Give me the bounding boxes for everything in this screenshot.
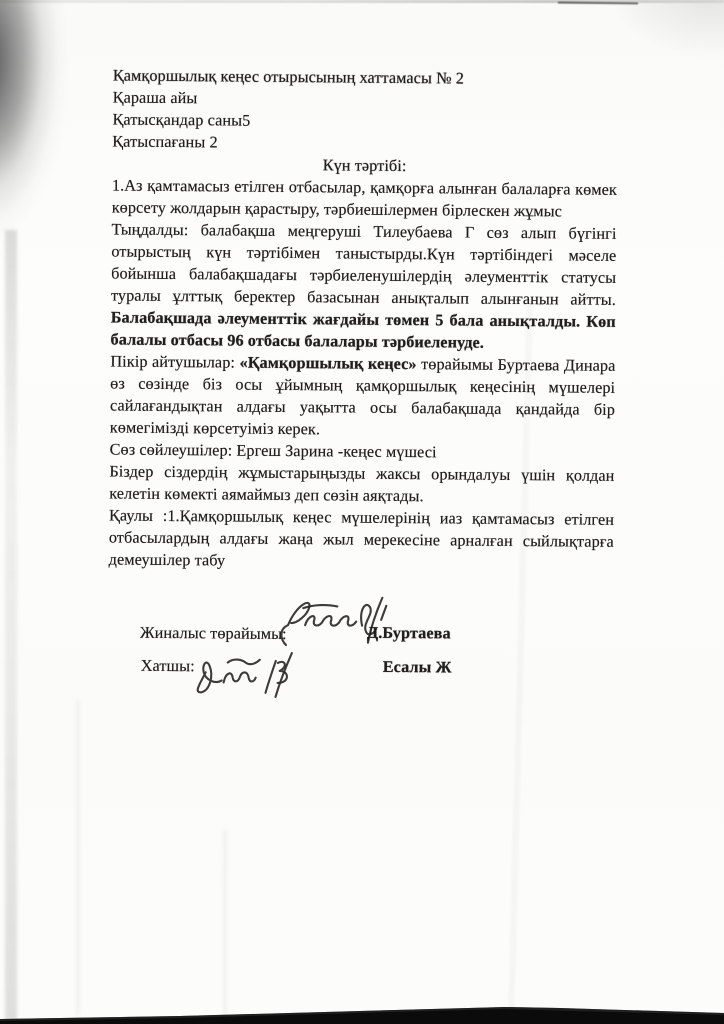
chairman-name: Д.Буртаева (367, 622, 451, 645)
secretary-name: Есалы Ж (383, 656, 452, 679)
agenda-item-paragraph: 1.Аз қамтамасыз етілген отбасылар, қамқо… (112, 174, 617, 222)
heard-text: Тыңдалды: балабақша меңгеруші Тилеубаева… (111, 220, 617, 308)
secretary-label: Хатшы: (141, 655, 195, 677)
scanned-document-page: Қамқоршылық кеңес отырысының хаттамасы №… (0, 0, 724, 1024)
heard-paragraph: Тыңдалды: балабақша меңгеруші Тилеубаева… (111, 218, 617, 354)
scanner-streak-left-edge (5, 230, 17, 1020)
secretary-signature (191, 650, 303, 699)
scan-edge-bottom (0, 1002, 724, 1024)
absent-count-line: Қатыспағаны 2 (112, 130, 617, 156)
council-name-emphasis: «Қамқоршылық кеңес» (239, 354, 416, 374)
resolution-paragraph: Қаулы :1.Қамқоршылық кеңес мүшелерінің и… (109, 504, 615, 574)
opinions-paragraph: Пікір айтушылар: «Қамқоршылық кеңес» төр… (110, 350, 616, 442)
paper-crease (76, 700, 80, 1015)
heard-text-emphasis: Балабақшада әлеументтік жағдайы төмен 5 … (111, 308, 616, 351)
signature-block: Жиналыс төрайымы: Д.Буртаева Хатшы: Есал… (107, 621, 613, 710)
scan-mark-top-right (558, 2, 638, 5)
paper-crease (223, 830, 227, 1015)
opinions-prefix: Пікір айтушылар: (110, 352, 239, 371)
chairman-label: Жиналыс төрайымы: (140, 622, 287, 645)
document-content: Қамқоршылық кеңес отырысының хаттамасы №… (107, 64, 618, 710)
closing-paragraph: Біздер сіздердің жұмыстарыңызды жаксы ор… (109, 460, 614, 508)
